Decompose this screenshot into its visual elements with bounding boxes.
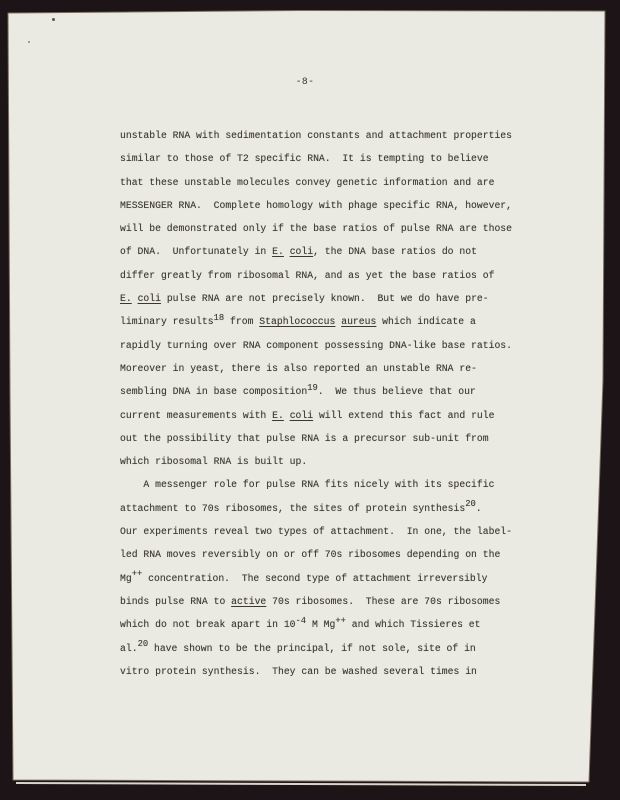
superscript-reference: ++ — [335, 616, 346, 626]
text-segment: will be demonstrated only if the base ra… — [120, 223, 512, 234]
text-segment: which do not break apart in 10 — [120, 619, 296, 630]
text-segment: and which Tissieres et — [346, 619, 481, 630]
superscript-reference: 20 — [138, 639, 149, 649]
text-segment: that these unstable molecules convey gen… — [120, 177, 494, 188]
text-segment: al. — [120, 643, 138, 654]
superscript-reference: -4 — [296, 616, 307, 626]
text-segment: . — [476, 503, 482, 514]
text-line: which ribosomal RNA is built up. — [120, 450, 560, 473]
text-segment: sembling DNA in base composition — [120, 386, 307, 397]
text-line: liminary results18 from Staphlococcus au… — [120, 310, 560, 333]
text-segment: M Mg — [306, 619, 335, 630]
text-segment: 70s ribosomes. These are 70s ribosomes — [266, 596, 500, 607]
text-segment: current measurements with — [120, 410, 272, 421]
text-segment: will extend this fact and rule — [313, 410, 494, 421]
text-line: Moreover in yeast, there is also reporte… — [120, 357, 560, 380]
text-segment: , the DNA base ratios do not — [313, 246, 477, 257]
text-segment: of DNA. Unfortunately in — [120, 246, 272, 257]
text-segment: similar to those of T2 specific RNA. It … — [120, 153, 489, 164]
text-segment: vitro protein synthesis. They can be was… — [120, 666, 477, 677]
dust-speck — [28, 41, 30, 43]
dust-speck — [52, 18, 55, 21]
underlined-term: E. — [272, 246, 284, 257]
text-line: E. coli pulse RNA are not precisely know… — [120, 287, 560, 310]
text-line: MESSENGER RNA. Complete homology with ph… — [120, 194, 560, 217]
text-line: which do not break apart in 10-4 M Mg++ … — [120, 613, 560, 636]
underlined-term: coli — [138, 293, 161, 304]
text-segment: liminary results — [120, 316, 214, 327]
superscript-reference: ++ — [132, 569, 143, 579]
text-segment: pulse RNA are not precisely known. But w… — [161, 293, 489, 304]
superscript-reference: 18 — [214, 313, 225, 323]
text-segment: Mg — [120, 573, 132, 584]
text-segment: unstable RNA with sedimentation constant… — [120, 130, 512, 141]
text-segment: Our experiments reveal two types of atta… — [120, 526, 512, 537]
text-segment: . We thus believe that our — [318, 386, 476, 397]
text-segment: A messenger role for pulse RNA fits nice… — [120, 479, 494, 490]
underlined-term: coli — [290, 246, 313, 257]
text-segment: have shown to be the principal, if not s… — [148, 643, 476, 654]
text-segment: attachment to 70s ribosomes, the sites o… — [120, 503, 465, 514]
text-line: differ greatly from ribosomal RNA, and a… — [120, 264, 560, 287]
text-segment: which ribosomal RNA is built up. — [120, 456, 307, 467]
underlined-term: Staphlococcus — [259, 316, 335, 327]
text-line: unstable RNA with sedimentation constant… — [120, 124, 560, 147]
text-segment: binds pulse RNA to — [120, 596, 231, 607]
text-line: out the possibility that pulse RNA is a … — [120, 427, 560, 450]
text-line: sembling DNA in base composition19. We t… — [120, 380, 560, 403]
text-segment: out the possibility that pulse RNA is a … — [120, 433, 489, 444]
page-number: -8- — [120, 75, 490, 89]
text-line: al.20 have shown to be the principal, if… — [120, 637, 560, 660]
text-line: of DNA. Unfortunately in E. coli, the DN… — [120, 240, 560, 263]
text-line: attachment to 70s ribosomes, the sites o… — [120, 497, 560, 520]
text-line: current measurements with E. coli will e… — [120, 404, 560, 427]
text-segment: concentration. The second type of attach… — [142, 573, 487, 584]
photo-backdrop: -8- unstable RNA with sedimentation cons… — [0, 0, 620, 800]
underlined-term: active — [231, 596, 266, 607]
document-body: unstable RNA with sedimentation constant… — [120, 124, 560, 683]
underlined-term: coli — [290, 410, 313, 421]
text-segment: led RNA moves reversibly on or off 70s r… — [120, 549, 500, 560]
superscript-reference: 19 — [307, 383, 318, 393]
text-segment: MESSENGER RNA. Complete homology with ph… — [120, 200, 512, 211]
text-line: rapidly turning over RNA component posse… — [120, 334, 560, 357]
text-line: A messenger role for pulse RNA fits nice… — [120, 473, 560, 496]
text-segment: differ greatly from ribosomal RNA, and a… — [120, 270, 494, 281]
text-line: binds pulse RNA to active 70s ribosomes.… — [120, 590, 560, 613]
text-line: led RNA moves reversibly on or off 70s r… — [120, 543, 560, 566]
text-line: similar to those of T2 specific RNA. It … — [120, 147, 560, 170]
text-segment: rapidly turning over RNA component posse… — [120, 340, 512, 351]
underlined-term: aureus — [341, 316, 376, 327]
paper-bottom-edge-highlight — [16, 783, 586, 785]
underlined-term: E. — [120, 293, 132, 304]
text-segment: which indicate a — [376, 316, 475, 327]
text-line: Mg++ concentration. The second type of a… — [120, 567, 560, 590]
text-line: that these unstable molecules convey gen… — [120, 171, 560, 194]
text-segment: Moreover in yeast, there is also reporte… — [120, 363, 477, 374]
text-line: Our experiments reveal two types of atta… — [120, 520, 560, 543]
text-segment: from — [224, 316, 259, 327]
superscript-reference: 20 — [465, 499, 476, 509]
underlined-term: E. — [272, 410, 284, 421]
text-line: vitro protein synthesis. They can be was… — [120, 660, 560, 683]
text-line: will be demonstrated only if the base ra… — [120, 217, 560, 240]
